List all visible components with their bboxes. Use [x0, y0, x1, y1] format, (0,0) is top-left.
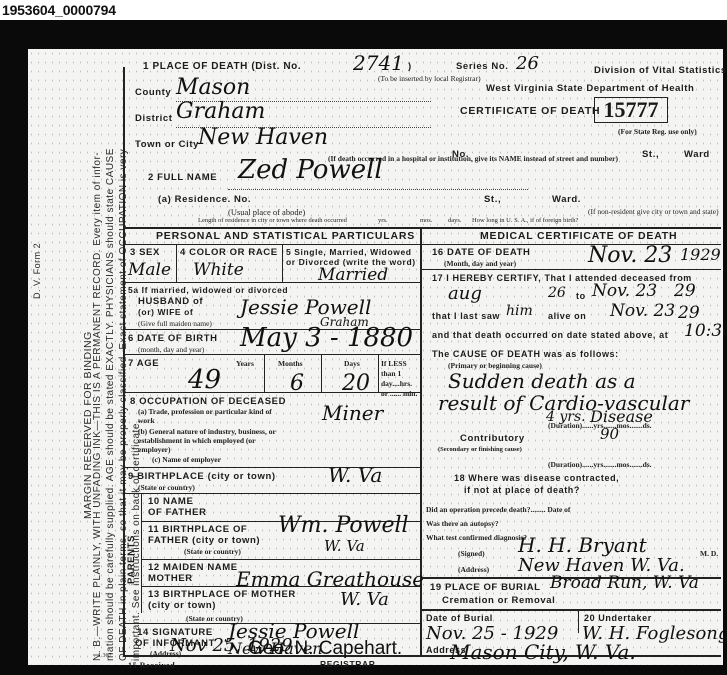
- residence-label: (a) Residence. No.: [158, 194, 251, 205]
- instructions-line-2: mation should be carefully supplied. AGE…: [105, 148, 116, 661]
- contracted-label: 18 Where was disease contracted,: [454, 473, 619, 483]
- occupation-label: 8 OCCUPATION OF DECEASED: [130, 396, 286, 407]
- race-value: White: [193, 260, 244, 280]
- line: [282, 244, 283, 282]
- yrs: yrs.: [378, 217, 388, 224]
- county-label: County: [135, 87, 171, 98]
- attended-from: aug: [448, 283, 482, 304]
- duration-2-label: (Duration)......yrs.......mos.......ds.: [548, 460, 652, 469]
- occupation-b-label: (b) General nature of industry, business…: [138, 427, 288, 454]
- window-title: 1953604_0000794: [2, 2, 116, 18]
- form-id: D. V. Form 2: [32, 243, 42, 299]
- mother-birthplace-label: 13 BIRTHPLACE OF MOTHER (city or town): [148, 589, 298, 611]
- town-label: Town or City: [135, 139, 199, 150]
- father-birthplace-value: W. Va: [324, 537, 365, 555]
- line: [264, 354, 265, 392]
- months-label: Months: [278, 359, 303, 368]
- received-label: 15 Received: [128, 661, 175, 670]
- cause-line-1: Sudden death as a: [448, 369, 636, 393]
- operation-label: Did an operation precede death?........ …: [426, 505, 570, 514]
- birthplace-label: 9 BIRTHPLACE (city or town): [128, 471, 276, 482]
- dob-sublabel: (month, day and year): [138, 345, 204, 354]
- age-label: 7 AGE: [128, 358, 159, 369]
- line: [123, 493, 420, 494]
- father-bp-sublabel: (State or country): [184, 547, 241, 556]
- line: [422, 244, 721, 245]
- father-label: 10 NAME OF FATHER: [148, 496, 208, 518]
- certificate-title: CERTIFICATE OF DEATH: [460, 105, 600, 117]
- dist-note: (To be inserted by local Registrar): [378, 74, 481, 83]
- certificate-number: 15777: [594, 97, 668, 123]
- occurred-label: and that death occurred on date stated a…: [432, 330, 668, 340]
- center-divider: [420, 227, 422, 657]
- line: [123, 392, 420, 393]
- dob-value: May 3 - 1880: [240, 323, 413, 353]
- contracted-label-2: if not at place of death?: [464, 485, 580, 495]
- registrar-label: REGISTRAR: [320, 659, 375, 669]
- district-number: 2741: [353, 51, 404, 75]
- undertaker-label: 20 Undertaker: [584, 613, 652, 623]
- days-label: Days: [344, 359, 360, 368]
- spouse-label-3: (or) WIFE of: [138, 307, 193, 317]
- signed-label: (Signed): [458, 549, 485, 558]
- contributory-value: 90: [600, 425, 619, 443]
- race-label: 4 COLOR OR RACE: [180, 247, 278, 258]
- occupation-c-label: (c) Name of employer: [152, 455, 221, 464]
- time-of-death: 10:30: [684, 321, 727, 341]
- residence-note: (Usual place of abode): [228, 207, 305, 217]
- birthplace-sublabel: (State or country): [138, 483, 195, 492]
- dod-label: 16 DATE OF DEATH: [432, 247, 530, 258]
- line: [141, 559, 420, 560]
- burial-place: Broad Run, W. Va: [550, 573, 699, 593]
- residence-st-label: St.,: [484, 194, 501, 205]
- line: [321, 354, 322, 392]
- less-than-day-label: If LESS than 1 day....hrs. or ...... min…: [381, 359, 419, 399]
- attended-to: Nov. 23: [592, 281, 657, 301]
- dod-sublabel: (Month, day and year): [444, 259, 516, 268]
- attended-year: 29: [674, 281, 696, 301]
- undertaker-address-value: Mason City, W. Va.: [450, 640, 636, 664]
- place-of-death-label: 1 PLACE OF DEATH (Dist. No.: [143, 61, 301, 72]
- years-label: Years: [236, 359, 254, 368]
- foreign-birth-label: How long in U. S. A., if of foreign birt…: [472, 217, 578, 224]
- marital-label: 5 Single, Married, Widowed or Divorced (…: [286, 247, 418, 267]
- birthplace-value: W. Va: [328, 463, 382, 487]
- autopsy-label: Was there an autopsy?: [426, 519, 499, 528]
- line: [123, 354, 420, 355]
- series-label: Series No.: [456, 61, 508, 72]
- binding-margin: D. V. Form 2 MARGIN RESERVED FOR BINDING…: [28, 49, 123, 665]
- line: [422, 269, 721, 270]
- line: [422, 609, 721, 611]
- contributory-label: Contributory: [460, 433, 525, 444]
- grid-top: [123, 227, 721, 229]
- name-line: [228, 189, 528, 190]
- father-value: Wm. Powell: [278, 513, 409, 538]
- st-label: St.,: [642, 149, 659, 160]
- dod-value: Nov. 23: [588, 243, 672, 268]
- residence-ward-label: Ward.: [552, 194, 581, 205]
- line: [141, 493, 142, 613]
- mother-birthplace-value: W. Va: [340, 589, 389, 610]
- last-saw-label: that I last saw: [432, 311, 500, 321]
- registrar-name: Geo. N. Capehart.: [248, 638, 402, 660]
- county-value: Mason: [176, 75, 250, 100]
- age-years: 49: [188, 365, 221, 395]
- line: [141, 586, 420, 587]
- father-birthplace-label: 11 BIRTHPLACE OF FATHER (city or town): [148, 524, 268, 546]
- print-code: 1 367: [98, 653, 112, 659]
- town-value: New Haven: [198, 125, 328, 150]
- death-certificate: D. V. Form 2 MARGIN RESERVED FOR BINDING…: [28, 49, 723, 665]
- district-value: Graham: [176, 99, 265, 124]
- mos: mos.: [420, 217, 432, 224]
- length-residence-label: Length of residence in city or town wher…: [198, 217, 347, 224]
- scanned-document: D. V. Form 2 MARGIN RESERVED FOR BINDING…: [0, 20, 727, 675]
- cert-number-note: (For State Reg. use only): [618, 127, 697, 136]
- alive-on-value: Nov. 23: [610, 301, 675, 321]
- line: [578, 611, 579, 633]
- window-title-bar: 1953604_0000794: [0, 0, 727, 20]
- full-name-label: 2 FULL NAME: [148, 172, 217, 183]
- dob-label: 6 DATE OF BIRTH: [128, 333, 218, 344]
- spouse-label-4: (Give full maiden name): [138, 319, 212, 328]
- alive-on-label: alive on: [548, 311, 586, 321]
- test-label: What test confirmed diagnosis?: [426, 533, 527, 542]
- nonresident-note: (If non-resident give city or town and s…: [588, 207, 719, 216]
- full-name-value: Zed Powell: [238, 155, 383, 185]
- mother-value: Emma Greathouse: [236, 567, 424, 591]
- line: [123, 244, 420, 245]
- last-saw-who: him: [506, 303, 533, 319]
- cremation-label: Cremation or Removal: [442, 595, 555, 606]
- dod-year: 1929: [680, 245, 721, 264]
- sex-label: 3 SEX: [130, 247, 160, 258]
- sex-value: Male: [128, 260, 171, 280]
- physician-signature: H. H. Bryant: [518, 533, 647, 557]
- parents-label: PARENTS: [126, 535, 137, 584]
- days: days.: [448, 217, 462, 224]
- md-label: M. D.: [700, 549, 718, 558]
- department-title: West Virginia State Department of Health: [486, 83, 694, 94]
- contributory-sublabel: (Secondary or finishing cause): [438, 446, 522, 453]
- attended-from-day: 26: [548, 285, 566, 301]
- paren: ): [408, 61, 412, 72]
- personal-section-title: PERSONAL AND STATISTICAL PARTICULARS: [156, 230, 415, 242]
- form-left-border: [123, 67, 125, 657]
- line: [176, 244, 177, 282]
- line: [123, 282, 420, 283]
- alive-year: 29: [678, 303, 700, 323]
- burial-date-label: Date of Burial: [426, 613, 493, 623]
- instructions-line-1: N. B.—WRITE PLAINLY, WITH UNFADING INK—T…: [92, 152, 103, 661]
- series-number: 26: [516, 53, 539, 74]
- division-title: Division of Vital Statistics: [594, 65, 727, 76]
- physician-address-label: (Address): [458, 565, 489, 574]
- burial-label: 19 PLACE OF BURIAL: [430, 582, 541, 593]
- district-label: District: [135, 113, 173, 124]
- ward-label: Ward: [684, 149, 710, 160]
- spouse-label-1: 5a If married, widowed or divorced: [128, 285, 288, 295]
- line: [378, 354, 379, 392]
- to-label: to: [576, 291, 586, 301]
- cause-label: The CAUSE OF DEATH was as follows:: [432, 349, 619, 359]
- occupation-a-label: (a) Trade, profession or particular kind…: [138, 407, 278, 425]
- occupation-value: Miner: [322, 401, 383, 425]
- medical-section-title: MEDICAL CERTIFICATE OF DEATH: [480, 230, 677, 242]
- spouse-label-2: HUSBAND of: [138, 296, 203, 307]
